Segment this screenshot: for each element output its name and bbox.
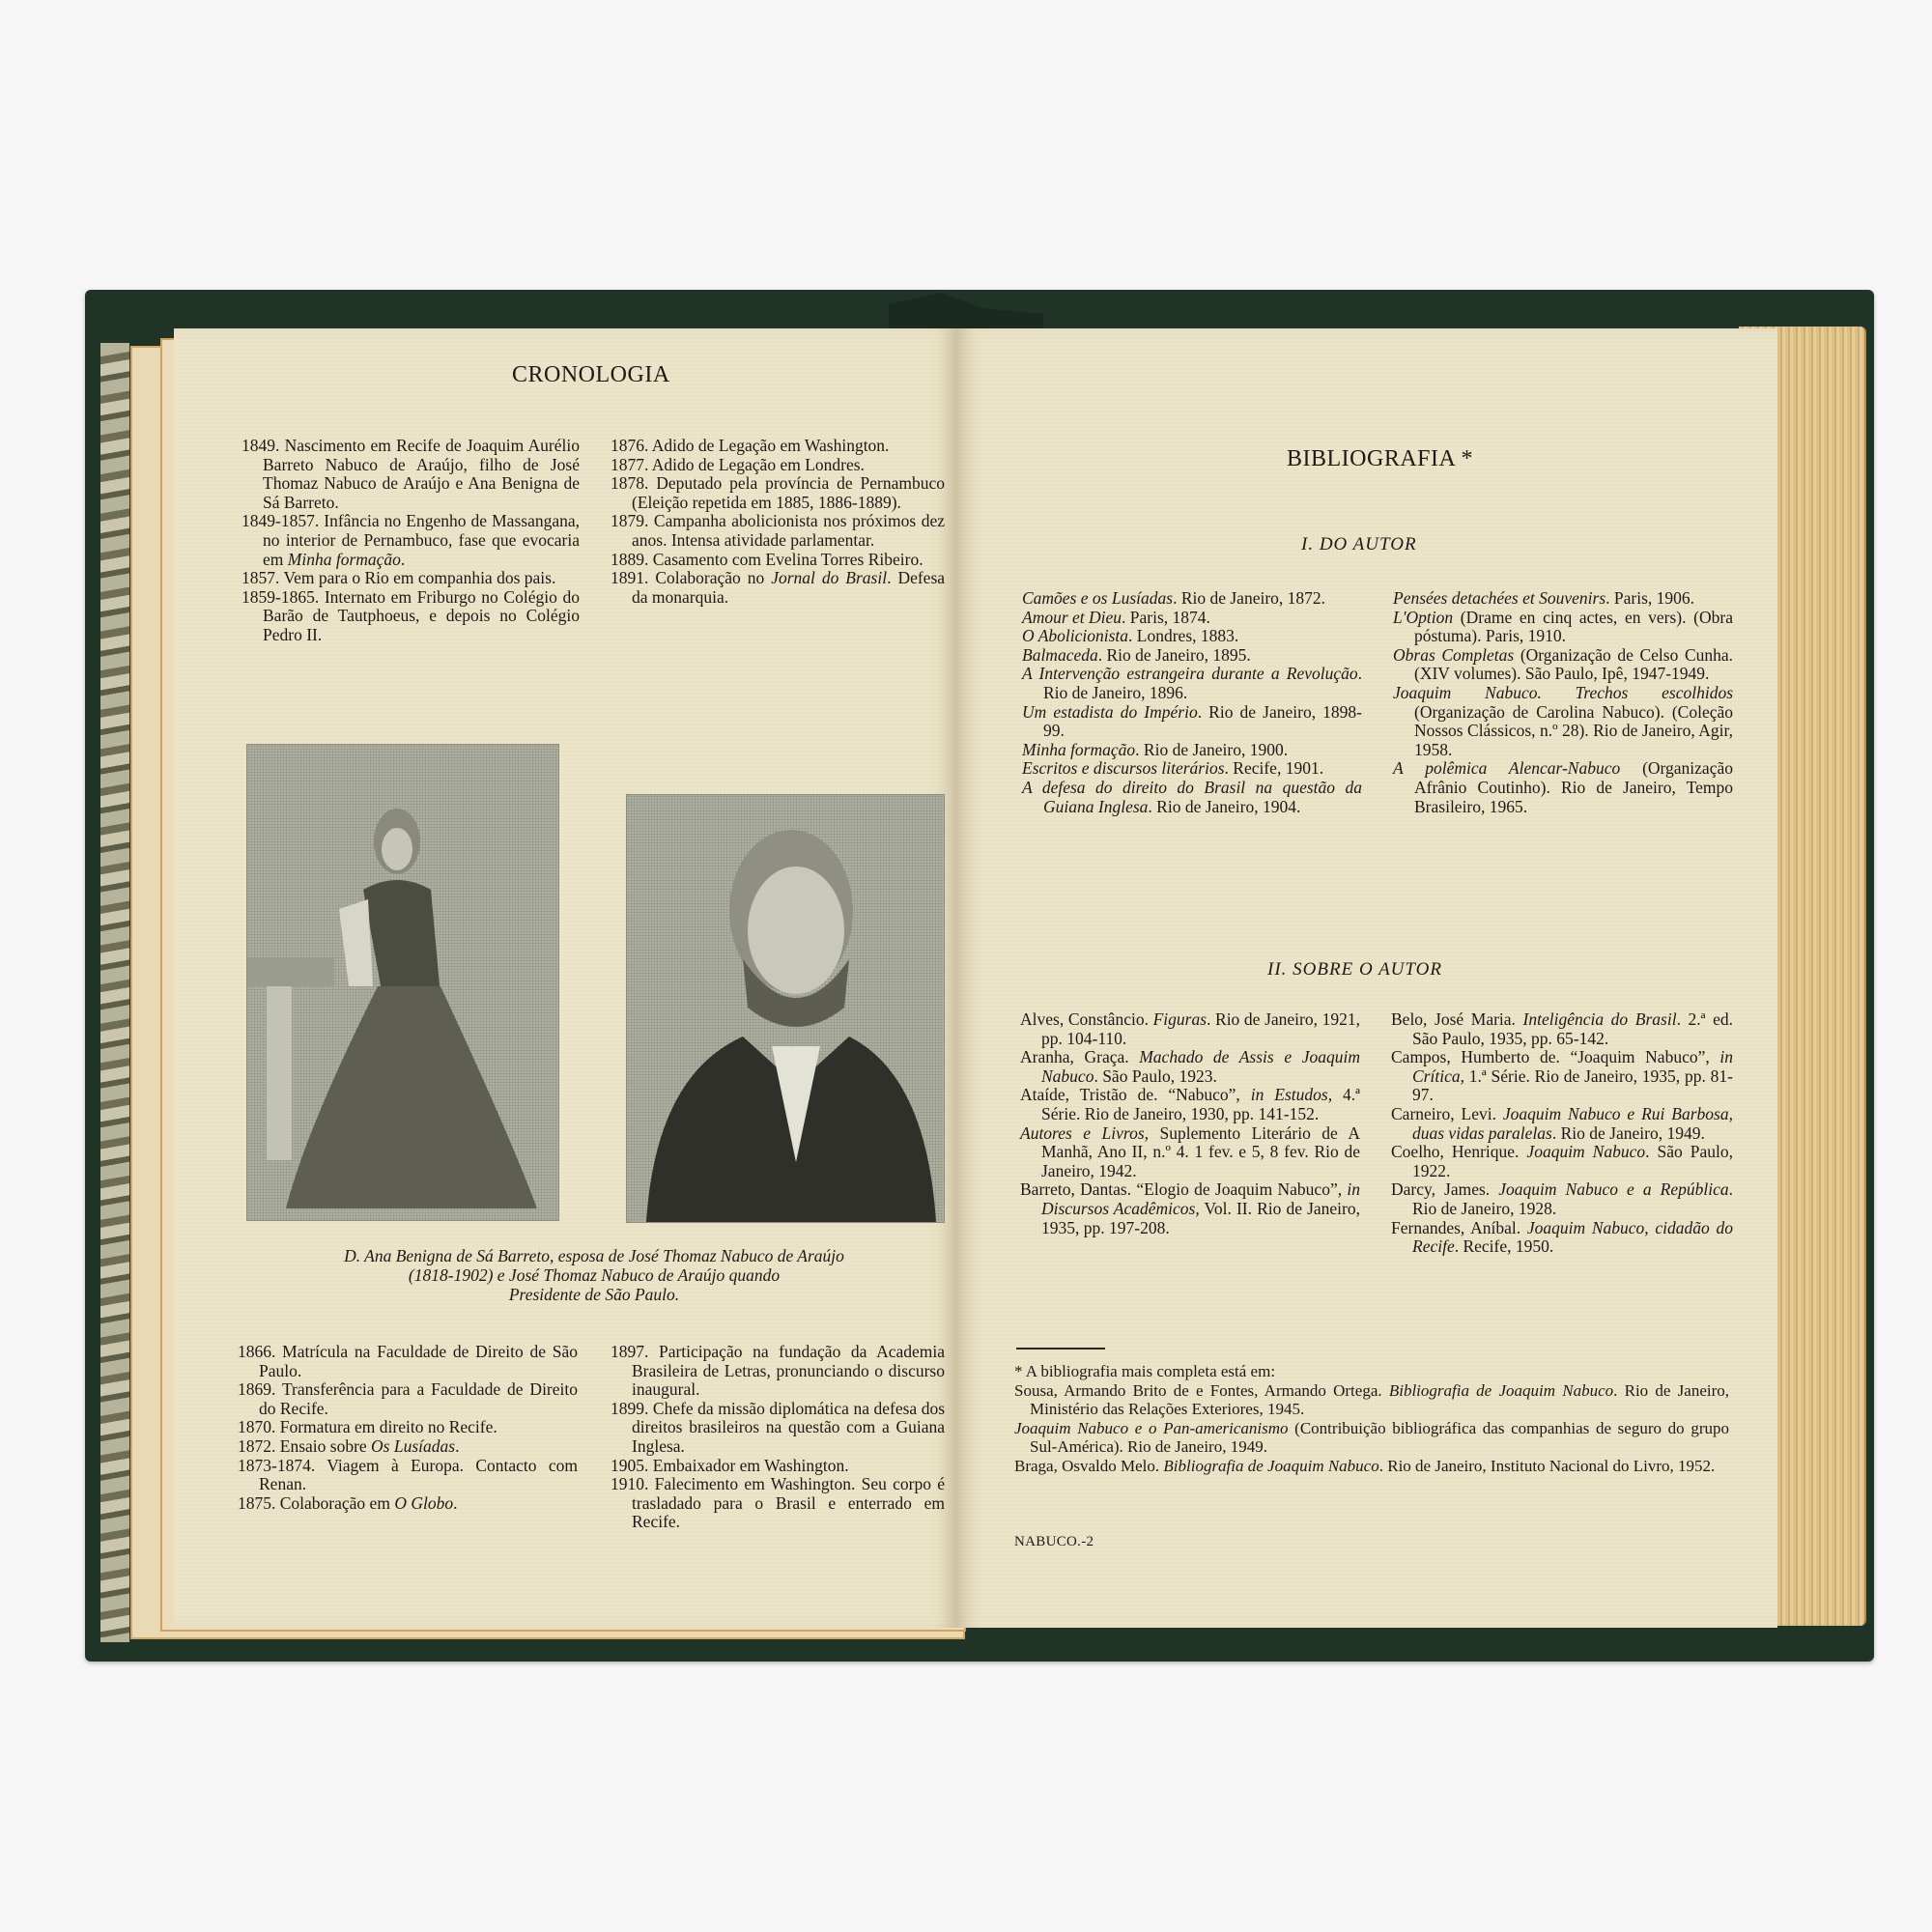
entry-details: . Rio de Janeiro, 1904. (1148, 797, 1300, 816)
entry-title: Obras Completas (1393, 645, 1514, 665)
entry-details: . Recife, 1950. (1455, 1236, 1554, 1256)
entry-year: 1849-1857. (241, 511, 324, 530)
bibliography-entry: A Intervenção estrangeira durante a Revo… (1022, 665, 1362, 702)
entry-text-after: . (453, 1493, 457, 1513)
bibliography-entry: O Abolicionista. Londres, 1883. (1022, 627, 1362, 646)
chronology-entry: 1849-1857. Infância no Engenho de Massan… (241, 512, 580, 569)
bibliography-entry: A polêmica Alencar-Nabuco (Organização A… (1393, 759, 1733, 816)
chronology-top-col2: 1876. Adido de Legação em Washington.187… (611, 437, 945, 607)
woman-figure-icon (247, 745, 558, 1220)
entry-year: 1905. (611, 1456, 653, 1475)
entry-text: Adido de Legação em Washington. (652, 436, 890, 455)
entry-author: Fernandes, Aníbal. (1391, 1218, 1527, 1237)
chronology-entry: 1897. Participação na fundação da Academ… (611, 1343, 945, 1400)
entry-title: Joaquim Nabuco. Trechos escolhidos (1393, 683, 1733, 702)
bibliography-about-col2: Belo, José Maria. Inteligência do Brasil… (1391, 1010, 1733, 1257)
entry-details: . Paris, 1906. (1605, 588, 1694, 608)
chronology-bottom-col1: 1866. Matrícula na Faculdade de Direito … (238, 1343, 578, 1513)
entry-title: Pensées detachées et Souvenirs (1393, 588, 1605, 608)
bibliography-author-col1: Camões e os Lusíadas. Rio de Janeiro, 18… (1022, 589, 1362, 816)
bibliography-entry: Braga, Osvaldo Melo. Bibliografia de Joa… (1014, 1457, 1729, 1476)
entry-year: 1899. (611, 1399, 653, 1418)
entry-title: O Globo (394, 1493, 453, 1513)
chronology-entry: 1876. Adido de Legação em Washington. (611, 437, 945, 456)
entry-details: . São Paulo, 1923. (1094, 1066, 1216, 1086)
entry-title: Bibliografia de Joaquim Nabuco (1389, 1381, 1613, 1400)
entry-title: Minha formação (288, 550, 401, 569)
entry-details: . Rio de Janeiro, 1872. (1173, 588, 1325, 608)
entry-text: Ensaio sobre (280, 1436, 371, 1456)
entry-text: Formatura em direito no Recife. (280, 1417, 497, 1436)
chronology-top-col1: 1849. Nascimento em Recife de Joaquim Au… (241, 437, 580, 645)
bibliography-entry: Um estadista do Império. Rio de Janeiro,… (1022, 703, 1362, 741)
entry-text-after: . (401, 550, 405, 569)
chronology-entry: 1877. Adido de Legação em Londres. (611, 456, 945, 475)
chronology-entry: 1910. Falecimento em Washington. Seu cor… (611, 1475, 945, 1532)
bibliography-entry: Sousa, Armando Brito de e Fontes, Armand… (1014, 1381, 1729, 1419)
bibliography-entry: Joaquim Nabuco. Trechos escolhidos (Orga… (1393, 684, 1733, 759)
entry-author: Coelho, Henrique. (1391, 1142, 1526, 1161)
entry-text: Chefe da missão diplomática na defesa do… (632, 1399, 945, 1456)
entry-text: Deputado pela província de Pernambuco (E… (632, 473, 945, 512)
entry-year: 1877. (611, 455, 652, 474)
entry-author: Darcy, James. (1391, 1179, 1498, 1199)
bibliography-entry: Minha formação. Rio de Janeiro, 1900. (1022, 741, 1362, 760)
entry-author: Ataíde, Tristão de. “Nabuco”, (1020, 1085, 1251, 1104)
bibliography-entry: Balmaceda. Rio de Janeiro, 1895. (1022, 646, 1362, 666)
entry-details: . Rio de Janeiro, 1949. (1552, 1123, 1705, 1143)
entry-text: Embaixador em Washington. (653, 1456, 849, 1475)
entry-title: Bibliografia de Joaquim Nabuco (1163, 1457, 1378, 1475)
entry-year: 1849. (241, 436, 285, 455)
caption-line-3: Presidente de São Paulo. (241, 1285, 947, 1304)
entry-year: 1870. (238, 1417, 280, 1436)
entry-year: 1891. (611, 568, 655, 587)
entry-text: Nascimento em Recife de Joaquim Aurélio … (263, 436, 580, 512)
bibliography-entry: L'Option (Drame en cinq actes, en vers).… (1393, 609, 1733, 646)
entry-title: Inteligência do Brasil (1523, 1009, 1677, 1029)
entry-title: O Abolicionista (1022, 626, 1128, 645)
bibliography-entry: Carneiro, Levi. Joaquim Nabuco e Rui Bar… (1391, 1105, 1733, 1143)
entry-title: Joaquim Nabuco e a República (1498, 1179, 1728, 1199)
bibliography-entry: Amour et Dieu. Paris, 1874. (1022, 609, 1362, 628)
entry-author: Barreto, Dantas. “Elogio de Joaquim Nabu… (1020, 1179, 1347, 1199)
entry-author: Sousa, Armando Brito de e Fontes, Armand… (1014, 1381, 1389, 1400)
entry-year: 1878. (611, 473, 656, 493)
section-title-sobre-o-autor: II. SOBRE O AUTOR (1267, 959, 1442, 980)
entry-details: . Rio de Janeiro, 1895. (1098, 645, 1251, 665)
caption-line-2: (1818-1902) e José Thomaz Nabuco de Araú… (241, 1265, 947, 1285)
chronology-entry: 1905. Embaixador em Washington. (611, 1457, 945, 1476)
entry-title: A polêmica Alencar-Nabuco (1393, 758, 1620, 778)
entry-year: 1910. (611, 1474, 655, 1493)
entry-title: Joaquim Nabuco e o Pan-americanismo (1014, 1419, 1289, 1437)
entry-text: Matrícula na Faculdade de Direito de São… (259, 1342, 578, 1380)
bibliography-entry: Fernandes, Aníbal. Joaquim Nabuco, cidad… (1391, 1219, 1733, 1257)
entry-author: Campos, Humberto de. “Joaquim Nabuco”, (1391, 1047, 1719, 1066)
entry-title: L'Option (1393, 608, 1453, 627)
photo-caption: D. Ana Benigna de Sá Barreto, esposa de … (241, 1246, 947, 1304)
entry-title: Escritos e discursos literários (1022, 758, 1225, 778)
entry-year: 1879. (611, 511, 654, 530)
entry-title: Os Lusíadas (371, 1436, 455, 1456)
entry-details: . Rio de Janeiro, 1900. (1135, 740, 1288, 759)
entry-details: . Recife, 1901. (1225, 758, 1324, 778)
bibliography-entry: Escritos e discursos literários. Recife,… (1022, 759, 1362, 779)
bibliography-about-col1: Alves, Constâncio. Figuras. Rio de Janei… (1020, 1010, 1360, 1237)
entry-author: Alves, Constâncio. (1020, 1009, 1153, 1029)
page-title-bibliografia: BIBLIOGRAFIA * (1287, 446, 1473, 472)
entry-title: Joaquim Nabuco (1526, 1142, 1645, 1161)
entry-author: Aranha, Graça. (1020, 1047, 1139, 1066)
entry-year: 1875. (238, 1493, 280, 1513)
entry-text: Falecimento em Washington. Seu corpo é t… (632, 1474, 945, 1531)
entry-title: A Intervenção estrangeira durante a Revo… (1022, 664, 1358, 683)
chronology-entry: 1873-1874. Viagem à Europa. Contacto com… (238, 1457, 578, 1494)
man-portrait-icon (627, 795, 944, 1222)
marbled-endpaper (100, 343, 129, 1642)
chronology-entry: 1866. Matrícula na Faculdade de Direito … (238, 1343, 578, 1380)
bibliography-entry: Ataíde, Tristão de. “Nabuco”, in Estudos… (1020, 1086, 1360, 1123)
entry-details: (Organização de Carolina Nabuco). (Coleç… (1414, 702, 1733, 759)
bibliography-entry: Pensées detachées et Souvenirs. Paris, 1… (1393, 589, 1733, 609)
portrait-jose-thomaz (626, 794, 945, 1223)
entry-author: Carneiro, Levi. (1391, 1104, 1503, 1123)
entry-title: Minha formação (1022, 740, 1135, 759)
entry-text-after: . (455, 1436, 459, 1456)
entry-text: Colaboração no (655, 568, 771, 587)
chronology-entry: 1875. Colaboração em O Globo. (238, 1494, 578, 1514)
entry-year: 1889. (611, 550, 653, 569)
bibliography-entry: Joaquim Nabuco e o Pan-americanismo (Con… (1014, 1419, 1729, 1457)
chronology-entry: 1879. Campanha abolicionista nos próximo… (611, 512, 945, 550)
chronology-entry: 1891. Colaboração no Jornal do Brasil. D… (611, 569, 945, 607)
footnote-intro: * A bibliografia mais completa está em: (1014, 1362, 1729, 1381)
entry-year: 1869. (238, 1379, 282, 1399)
entry-text: Casamento com Evelina Torres Ribeiro. (653, 550, 923, 569)
chronology-bottom-col2: 1897. Participação na fundação da Academ… (611, 1343, 945, 1532)
entry-details: . Rio de Janeiro, Instituto Nacional do … (1379, 1457, 1716, 1475)
footnote-divider (1016, 1348, 1105, 1350)
entry-title: Figuras (1153, 1009, 1207, 1029)
entry-year: 1859-1865. (241, 587, 325, 607)
entry-year: 1897. (611, 1342, 659, 1361)
bibliography-entry: A defesa do direito do Brasil na questão… (1022, 779, 1362, 816)
entry-text: Transferência para a Faculdade de Direit… (259, 1379, 578, 1418)
bibliography-entry: Campos, Humberto de. “Joaquim Nabuco”, i… (1391, 1048, 1733, 1105)
footnote: * A bibliografia mais completa está em: … (1014, 1362, 1729, 1475)
portrait-ana-benigna (246, 744, 559, 1221)
chronology-entry: 1849. Nascimento em Recife de Joaquim Au… (241, 437, 580, 512)
entry-title: Camões e os Lusíadas (1022, 588, 1173, 608)
bibliography-entry: Alves, Constâncio. Figuras. Rio de Janei… (1020, 1010, 1360, 1048)
chronology-entry: 1859-1865. Internato em Friburgo no Colé… (241, 588, 580, 645)
entry-year: 1857. (241, 568, 283, 587)
entry-text: Adido de Legação em Londres. (652, 455, 865, 474)
bibliography-entry: Belo, José Maria. Inteligência do Brasil… (1391, 1010, 1733, 1048)
entry-title: Amour et Dieu (1022, 608, 1122, 627)
bibliography-entry: Obras Completas (Organização de Celso Cu… (1393, 646, 1733, 684)
chronology-entry: 1889. Casamento com Evelina Torres Ribei… (611, 551, 945, 570)
chronology-entry: 1878. Deputado pela província de Pernamb… (611, 474, 945, 512)
bibliography-author-col2: Pensées detachées et Souvenirs. Paris, 1… (1393, 589, 1733, 816)
entry-details: (Drame en cinq actes, en vers). (Obra pó… (1414, 608, 1733, 646)
entry-title: Autores e Livros, (1020, 1123, 1149, 1143)
bibliography-entry: Barreto, Dantas. “Elogio de Joaquim Nabu… (1020, 1180, 1360, 1237)
entry-year: 1872. (238, 1436, 280, 1456)
chronology-entry: 1857. Vem para o Rio em companhia dos pa… (241, 569, 580, 588)
chronology-entry: 1899. Chefe da missão diplomática na def… (611, 1400, 945, 1457)
entry-year: 1876. (611, 436, 652, 455)
entry-details: . Paris, 1874. (1122, 608, 1210, 627)
section-title-do-autor: I. DO AUTOR (1301, 534, 1417, 555)
caption-line-1: D. Ana Benigna de Sá Barreto, esposa de … (241, 1246, 947, 1265)
bibliography-entry: Autores e Livros, Suplemento Literário d… (1020, 1124, 1360, 1181)
entry-text: Colaboração em (280, 1493, 395, 1513)
bibliography-entry: Darcy, James. Joaquim Nabuco e a Repúbli… (1391, 1180, 1733, 1218)
entry-text: Campanha abolicionista nos próximos dez … (632, 511, 945, 550)
entry-year: 1866. (238, 1342, 282, 1361)
entry-year: 1873-1874. (238, 1456, 327, 1475)
entry-title: in Estudos, (1251, 1085, 1332, 1104)
entry-author: Braga, Osvaldo Melo. (1014, 1457, 1163, 1475)
page-title-cronologia: CRONOLOGIA (512, 362, 670, 388)
entry-author: Belo, José Maria. (1391, 1009, 1523, 1029)
chronology-entry: 1870. Formatura em direito no Recife. (238, 1418, 578, 1437)
signature-mark: NABUCO.-2 (1014, 1534, 1094, 1550)
entry-title: Um estadista do Império (1022, 702, 1198, 722)
entry-details: . Londres, 1883. (1128, 626, 1238, 645)
bibliography-entry: Camões e os Lusíadas. Rio de Janeiro, 18… (1022, 589, 1362, 609)
entry-text: Participação na fundação da Academia Bra… (632, 1342, 945, 1399)
bibliography-entry: Coelho, Henrique. Joaquim Nabuco. São Pa… (1391, 1143, 1733, 1180)
chronology-entry: 1872. Ensaio sobre Os Lusíadas. (238, 1437, 578, 1457)
entry-text: Vem para o Rio em companhia dos pais. (283, 568, 555, 587)
bibliography-entry: Aranha, Graça. Machado de Assis e Joaqui… (1020, 1048, 1360, 1086)
footnote-entries: Sousa, Armando Brito de e Fontes, Armand… (1014, 1381, 1729, 1476)
entry-title: Balmaceda (1022, 645, 1098, 665)
chronology-entry: 1869. Transferência para a Faculdade de … (238, 1380, 578, 1418)
entry-title: Jornal do Brasil (771, 568, 887, 587)
